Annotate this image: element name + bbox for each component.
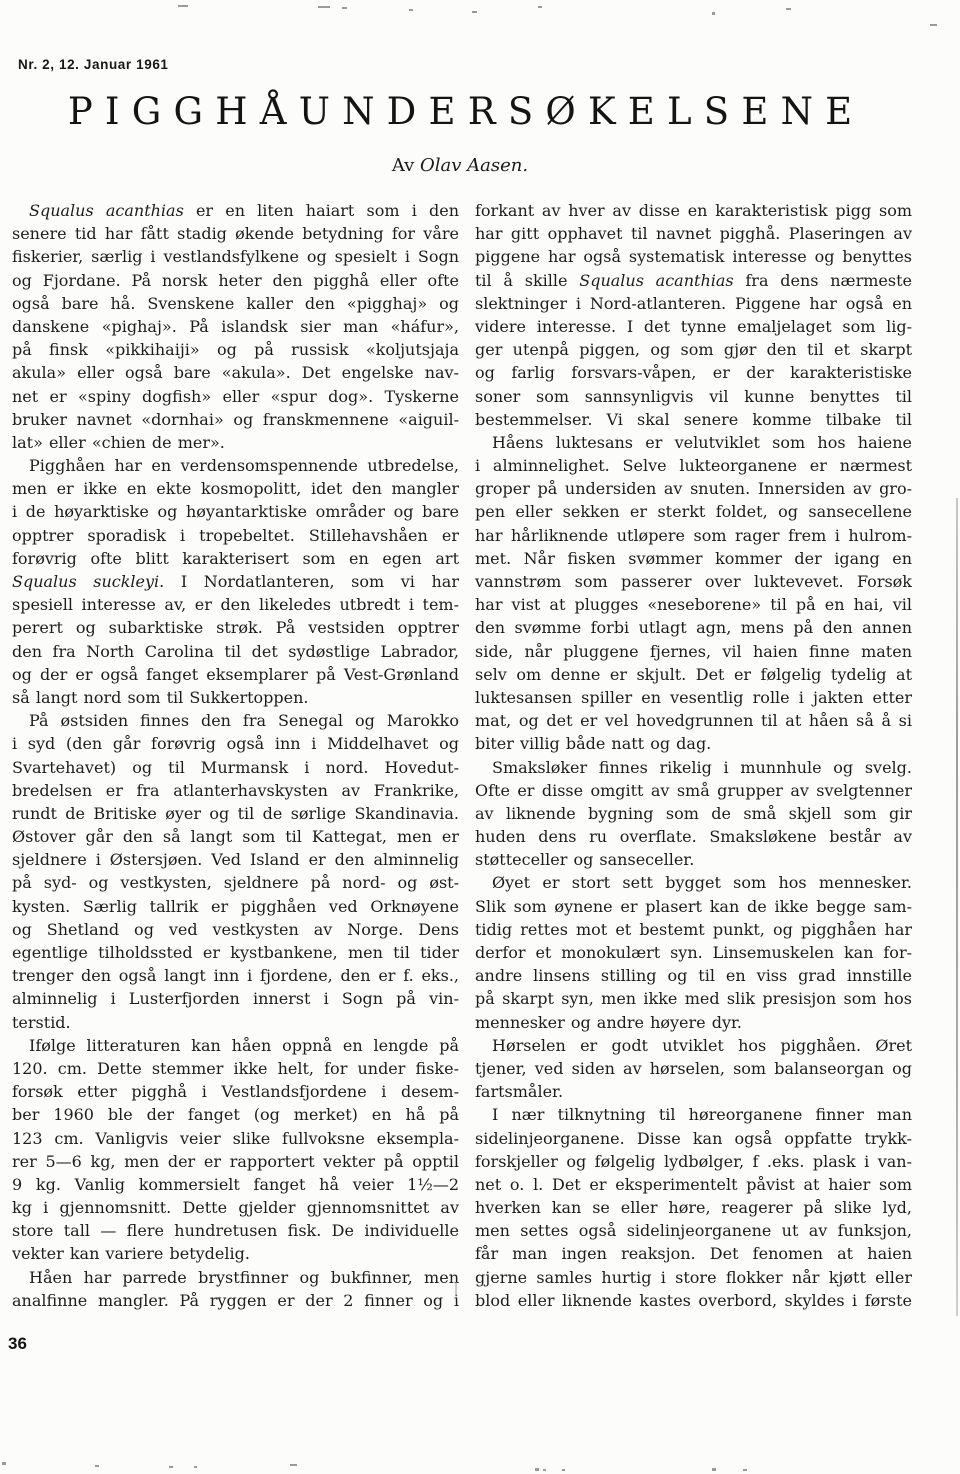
text-line: fiskerier, særlig i vestlandsfylkene og … — [12, 245, 459, 268]
text-line: Hørselen er godt utviklet hos pigghåen. … — [475, 1034, 912, 1057]
text-line: har vist at plugges «neseborene» til på … — [475, 593, 912, 616]
text-line: Squalus suckleyi. I Nordatlanteren, som … — [12, 570, 459, 593]
text-line: 120. cm. Dette stemmer ikke helt, for un… — [12, 1057, 459, 1080]
scan-speck — [543, 1469, 546, 1471]
text-line: til å skille Squalus acanthias fra dens … — [475, 269, 912, 292]
text-line: selv om denne er skjult. Det er følgelig… — [475, 663, 912, 686]
scan-speck — [786, 8, 791, 10]
text-line: egentlige tilholdssted er kystbankene, m… — [12, 941, 459, 964]
text-line: men er ikke en ekte kosmopolitt, idet de… — [12, 477, 459, 500]
text-line: I nær tilknytning til høreorganene finne… — [475, 1103, 912, 1126]
text-line: blod eller liknende kastes overbord, sky… — [475, 1289, 912, 1312]
text-line: På østsiden finnes den fra Senegal og Ma… — [12, 709, 459, 732]
scan-speck — [535, 1468, 539, 1471]
text-line: danskene «pighaj». På islandsk sier man … — [12, 315, 459, 338]
text-line: tidig rettes mot et bestemt punkt, og pi… — [475, 918, 912, 941]
text-line: tjener, ved siden av hørselen, som balan… — [475, 1057, 912, 1080]
text-line: rundt de Britiske øyer og til de sørlige… — [12, 802, 459, 825]
scan-speck — [290, 1464, 297, 1466]
text-line: vannstrøm som passerer over luktevevet. … — [475, 570, 912, 593]
text-line: huden dens ru overflate. Smaksløkene bes… — [475, 825, 912, 848]
text-line: 123 cm. Vanligvis veier slike fullvoksne… — [12, 1127, 459, 1150]
byline-prefix: Av — [392, 155, 414, 176]
text-line: og Fjordane. På norsk heter den pigghå e… — [12, 269, 459, 292]
paragraph: Pigghåen har en verdensomspennende utbre… — [12, 454, 459, 709]
text-line: i syd (den går forøvrig også inn i Midde… — [12, 732, 459, 755]
text-line: terstid. — [12, 1011, 459, 1034]
text-line: bruker navnet «dornhai» og franskmennene… — [12, 408, 459, 431]
byline: Av Olav Aasen. — [10, 155, 910, 176]
text-line: forkant av hver av disse en karakteristi… — [475, 199, 912, 222]
text-line: får man ingen reaksjon. Det fenomen at h… — [475, 1242, 912, 1265]
text-line: den fra North Carolina til det sydøstlig… — [12, 640, 459, 663]
text-line: andre linsens stilling og til en viss gr… — [475, 964, 912, 987]
text-line: Squalus acanthias er en liten haiart som… — [12, 199, 459, 222]
text-line: luktesansen spiller en vesentlig rolle i… — [475, 686, 912, 709]
text-line: gjerne samles hurtig i store flokker når… — [475, 1266, 912, 1289]
text-line: forskjeller og følgelig lydbølger, f .ek… — [475, 1150, 912, 1173]
scan-speck — [409, 9, 413, 11]
issue-line: Nr. 2, 12. Januar 1961 — [18, 57, 169, 72]
text-line: i alminnelighet. Selve lukteorganene er … — [475, 454, 912, 477]
text-line: sidelinjeorganene. Disse kan også oppfat… — [475, 1127, 912, 1150]
scan-speck — [930, 24, 937, 26]
scan-speck — [95, 1465, 99, 1467]
text-line: bredelsen er fra atlanterhavskysten av F… — [12, 779, 459, 802]
paragraph: Smaksløker finnes rikelig i munnhule og … — [475, 756, 912, 872]
document-page: Nr. 2, 12. Januar 1961 PIGGHÅUNDERSØKELS… — [0, 0, 960, 1474]
paragraph: Håen har parrede brystfinner og bukfinne… — [12, 1266, 459, 1312]
text-line: Smaksløker finnes rikelig i munnhule og … — [475, 756, 912, 779]
text-line: senere tid har fått stadig økende betydn… — [12, 222, 459, 245]
text-line: analfinne mangler. På ryggen er der 2 fi… — [12, 1289, 459, 1312]
right-column: forkant av hver av disse en karakteristi… — [475, 199, 912, 1312]
text-line: videre interesse. I det tynne emaljelage… — [475, 315, 912, 338]
text-line: av liknende bygning som de små skjell so… — [475, 802, 912, 825]
text-line: derfor et monokulært syn. Linsemuskelen … — [475, 941, 912, 964]
text-line: piggene har også systematisk interesse o… — [475, 245, 912, 268]
text-line: ger utenpå piggen, og som gjør den til e… — [475, 338, 912, 361]
scan-speck — [318, 6, 330, 8]
text-line: met. Når fisken svømmer kommer der igang… — [475, 547, 912, 570]
paragraph: Hørselen er godt utviklet hos pigghåen. … — [475, 1034, 912, 1104]
scan-speck — [743, 1469, 747, 1471]
text-line: har gitt opphavet til navnet pigghå. Pla… — [475, 222, 912, 245]
scan-speck — [562, 1469, 565, 1471]
text-line: kysten. Særlig tallrik er pigghåen ved O… — [12, 895, 459, 918]
scan-speck — [2, 1462, 6, 1465]
text-line: soner som sannsynligvis vil kunne benytt… — [475, 385, 912, 408]
text-line: opptrer sporadisk i tropebeltet. Stilleh… — [12, 524, 459, 547]
text-line: rer 5—6 kg, men der er rapportert vekter… — [12, 1150, 459, 1173]
text-line: mennesker og andre høyere dyr. — [475, 1011, 912, 1034]
scan-speck — [194, 1466, 197, 1468]
text-line: biter villig både natt og dag. — [475, 732, 912, 755]
scan-speck — [178, 5, 188, 7]
scan-speck — [712, 12, 715, 15]
scan-speck — [538, 6, 542, 8]
scan-speck — [455, 1282, 457, 1296]
text-line: net o. l. Det er eksperimentelt påvist a… — [475, 1173, 912, 1196]
text-line: pen eller sekken er sterkt foldet, og sa… — [475, 500, 912, 523]
text-line: fartsmåler. — [475, 1080, 912, 1103]
text-line: akula» eller også bare «akula». Det enge… — [12, 361, 459, 384]
text-line: i de høyarktiske og høyantarktiske områd… — [12, 500, 459, 523]
left-column: Squalus acanthias er en liten haiart som… — [12, 199, 459, 1312]
scan-line-artifact — [956, 498, 958, 1316]
text-line: Ofte er disse omgitt av små grupper av s… — [475, 779, 912, 802]
text-line: på skarpt syn, men ikke med slik presisj… — [475, 987, 912, 1010]
text-line: den svømme forbi utlagt agn, mens på den… — [475, 616, 912, 639]
text-line: Svartehavet) og til Murmansk i nord. Hov… — [12, 756, 459, 779]
text-line: mat, og det er vel hovedgrunnen til at h… — [475, 709, 912, 732]
text-line: trenger den også langt inn i fjordene, d… — [12, 964, 459, 987]
scan-speck — [472, 11, 477, 13]
text-line: på syd- og vestkysten, sjeldnere på nord… — [12, 871, 459, 894]
scan-speck — [712, 1468, 716, 1471]
text-line: Slik som øynene er plasert kan de ikke b… — [475, 895, 912, 918]
text-line: spesiell interesse av, er den likeledes … — [12, 593, 459, 616]
text-line: side, når pluggene fjernes, vil haien fi… — [475, 640, 912, 663]
text-line: og farlig forsvars-våpen, er der karakte… — [475, 361, 912, 384]
text-line: vekter kan variere betydelig. — [12, 1242, 459, 1265]
text-line: sjeldnere i Østersjøen. Ved Island er de… — [12, 848, 459, 871]
text-line: groper på undersiden av snuten. Innersid… — [475, 477, 912, 500]
text-line: har hårliknende utløpere som rager frem … — [475, 524, 912, 547]
text-line: og der er også fanget eksemplarer på Ves… — [12, 663, 459, 686]
text-line: på finsk «pikkihaiji» og på russisk «kol… — [12, 338, 459, 361]
text-line: støtteceller og sanseceller. — [475, 848, 912, 871]
paragraph: Ifølge litteraturen kan håen oppnå en le… — [12, 1034, 459, 1266]
text-line: Østover går den så langt som til Kattega… — [12, 825, 459, 848]
text-line: lat» eller «chien de mer». — [12, 431, 459, 454]
scan-speck — [169, 1466, 173, 1468]
paragraph: På østsiden finnes den fra Senegal og Ma… — [12, 709, 459, 1034]
text-line: Håen har parrede brystfinner og bukfinne… — [12, 1266, 459, 1289]
paragraph: Øyet er stort sett bygget som hos mennes… — [475, 871, 912, 1033]
text-line: Øyet er stort sett bygget som hos mennes… — [475, 871, 912, 894]
text-line: kg i gjennomsnitt. Dette gjelder gjennom… — [12, 1196, 459, 1219]
article-body: Squalus acanthias er en liten haiart som… — [12, 199, 912, 1312]
text-line: Håens luktesans er velutviklet som hos h… — [475, 431, 912, 454]
text-line: store tall — flere hundretusen fisk. De … — [12, 1219, 459, 1242]
text-line: Pigghåen har en verdensomspennende utbre… — [12, 454, 459, 477]
text-line: men settes også sidelinjeorganene ut av … — [475, 1219, 912, 1242]
text-line: og Shetland og ved vestkysten av Norge. … — [12, 918, 459, 941]
text-line: Ifølge litteraturen kan håen oppnå en le… — [12, 1034, 459, 1057]
text-line: forsøk etter pigghå i Vestlandsfjordene … — [12, 1080, 459, 1103]
page-number: 36 — [8, 1334, 27, 1354]
scan-speck — [342, 7, 347, 9]
text-line: perert og subarktiske strøk. På vestside… — [12, 616, 459, 639]
article-title: PIGGHÅUNDERSØKELSENE — [10, 90, 910, 133]
text-line: ber 1960 ble der fanget (og merket) en h… — [12, 1103, 459, 1126]
text-line: også bare hå. Svenskene kaller den «pigg… — [12, 292, 459, 315]
byline-author: Olav Aasen. — [420, 155, 528, 176]
text-line: hverken kan se eller høre, reagerer på s… — [475, 1196, 912, 1219]
text-line: slektninger i Nord-atlanteren. Piggene h… — [475, 292, 912, 315]
paragraph: I nær tilknytning til høreorganene finne… — [475, 1103, 912, 1312]
text-line: 9 kg. Vanlig kommersielt fanget hå veier… — [12, 1173, 459, 1196]
text-line: alminnelig i Lusterfjorden innerst i Sog… — [12, 987, 459, 1010]
text-line: forøvrig ofte blitt karakterisert som en… — [12, 547, 459, 570]
paragraph: forkant av hver av disse en karakteristi… — [475, 199, 912, 431]
text-line: bestemmelser. Vi skal senere komme tilba… — [475, 408, 912, 431]
text-line: så langt nord som til Sukkertoppen. — [12, 686, 459, 709]
paragraph: Håens luktesans er velutviklet som hos h… — [475, 431, 912, 756]
paragraph: Squalus acanthias er en liten haiart som… — [12, 199, 459, 454]
text-line: net er «spiny dogfish» eller «spur dog».… — [12, 385, 459, 408]
